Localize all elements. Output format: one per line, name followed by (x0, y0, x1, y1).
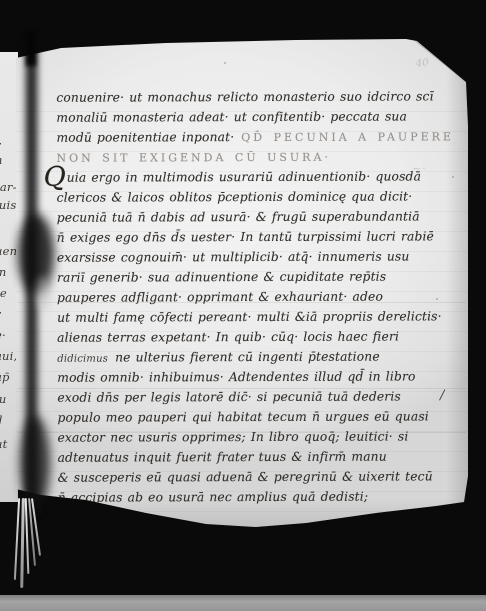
facing-page-fragment: r (0, 138, 1, 152)
facing-page-fragment: lu (0, 392, 7, 406)
manuscript-text: exodi dn̄s per legis latorē dic̄· si pec… (57, 390, 401, 405)
manuscript-text: alienas terras expetant· In quib· cūq· l… (57, 330, 399, 345)
manuscript-line: n̄ exiges ego dn̄s d̄s uester· In tantū … (57, 225, 459, 246)
manuscript-text: didicimus (57, 354, 108, 365)
facing-page-fragment: d (0, 413, 3, 427)
manuscript-line: exactor nec usuris opprimes; In libro qu… (57, 425, 459, 446)
manuscript-line: pauperes adfligant· opprimant & exhauria… (57, 285, 459, 306)
text-block: conuenire· ut monachus relicto monasteri… (56, 85, 459, 506)
scanner-bed-strip (0, 595, 486, 611)
manuscript-line: NON SIT EXIGENDA CŪ USURA· (56, 145, 458, 166)
manuscript-photo: -rntar-luis-uendilnterę·aui,ap̄ludut/ 40… (0, 0, 486, 611)
facing-page-fragment: ut (0, 437, 7, 451)
manuscript-line: alienas terras expetant· In quib· cūq· l… (57, 325, 459, 346)
manuscript-line: n̄ accipias ab eo usurā nec amplius quā … (58, 485, 460, 506)
manuscript-line: clericos & laicos oblitos p̄ceptionis do… (57, 185, 459, 206)
manuscript-text: modū poenitentiae inponat· (56, 130, 234, 145)
manuscript-text: ne ulterius fierent cū ingenti p̄testati… (115, 350, 380, 365)
manuscript-line: conuenire· ut monachus relicto monasteri… (56, 85, 458, 106)
manuscript-line: populo meo pauperi qui habitat tecum n̄ … (57, 405, 459, 426)
facing-page-fragment: n (0, 153, 3, 167)
manuscript-text: n̄ exiges ego dn̄s d̄s uester· In tantū … (57, 229, 434, 244)
manuscript-line: pecuniā tuā n̄ dabis ad usurā· & frugū s… (57, 205, 459, 226)
rubric-text: QD̄ PECUNIA A PAUPERE (241, 130, 454, 144)
manuscript-page: 40 ~· / conuenire· ut monachus relicto m… (16, 36, 468, 528)
manuscript-text: modis omnib· inhibuimus· Adtendentes ill… (57, 369, 415, 384)
manuscript-line: exodi dn̄s per legis latorē dic̄· si pec… (57, 385, 459, 406)
manuscript-text: rariī generib· sua adinuentione & cupidi… (57, 270, 386, 285)
manuscript-line: monaliū monasteria adeat· ut confitentib… (56, 105, 458, 126)
manuscript-text: exarsisse cognouim̄· ut multiplicib· atq… (57, 249, 410, 264)
manuscript-text: exactor nec usuris opprimes; In libro qu… (57, 429, 408, 444)
manuscript-text: pecuniā tuā n̄ dabis ad usurā· & frugū s… (57, 209, 420, 224)
facing-page-fragment: aui, (0, 349, 17, 363)
thread (14, 498, 20, 580)
manuscript-text: pauperes adfligant· opprimant & exhauria… (57, 290, 383, 305)
rubric-text: NON SIT EXIGENDA CŪ USURA· (56, 151, 330, 165)
manuscript-line: adtenuatus inquit fuerit frater tuus & i… (58, 445, 460, 466)
manuscript-text: & susceperis eū quasi aduenā & peregrinū… (58, 469, 433, 484)
facing-page-edge: -rntar-luis-uendilnterę·aui,ap̄ludut/ (0, 52, 18, 502)
manuscript-text: adtenuatus inquit fuerit frater tuus & i… (58, 450, 387, 465)
manuscript-line: ut multi famę cōfecti pereant· multi &iā… (57, 305, 459, 326)
manuscript-line: rariī generib· sua adinuentione & cupidi… (57, 265, 459, 286)
manuscript-text: populo meo pauperi qui habitat tecum n̄ … (57, 409, 428, 424)
thread (20, 498, 25, 588)
manuscript-text: monaliū monasteria adeat· ut confitentib… (56, 109, 407, 124)
manuscript-line: modis omnib· inhibuimus· Adtendentes ill… (57, 365, 459, 386)
manuscript-text: conuenire· ut monachus relicto monasteri… (56, 89, 433, 104)
manuscript-line: & susceperis eū quasi aduenā & peregrinū… (58, 465, 460, 486)
manuscript-text: ut multi famę cōfecti pereant· multi &iā… (57, 309, 442, 324)
facing-page-fragment: ap̄ (0, 370, 10, 384)
facing-page-fragment: ln (0, 265, 7, 279)
manuscript-line: didicimusne ulterius fierent cū ingenti … (57, 345, 459, 366)
manuscript-line: modū poenitentiae inponat·QD̄ PECUNIA A … (56, 125, 458, 146)
speck (224, 62, 226, 64)
manuscript-text: uia ergo in multimodis usurariū adinuent… (67, 169, 421, 184)
facing-page-fragment: uendi (0, 244, 18, 258)
folio-number: 40 (415, 57, 429, 69)
facing-page-fragment: luis (0, 198, 16, 212)
facing-page-fragment: r (0, 307, 1, 321)
manuscript-text: clericos & laicos oblitos p̄ceptionis do… (57, 189, 413, 204)
manuscript-line: Quia ergo in multimodis usurariū adinuen… (57, 165, 459, 186)
manuscript-text: n̄ accipias ab eo usurā nec amplius quā … (58, 490, 368, 505)
facing-page-fragment: te (0, 286, 7, 300)
binding-threads (12, 498, 52, 594)
facing-page-fragment: ę· (0, 328, 6, 342)
facing-page-fragment: tar- (0, 180, 17, 194)
manuscript-line: exarsisse cognouim̄· ut multiplicib· atq… (57, 245, 459, 266)
